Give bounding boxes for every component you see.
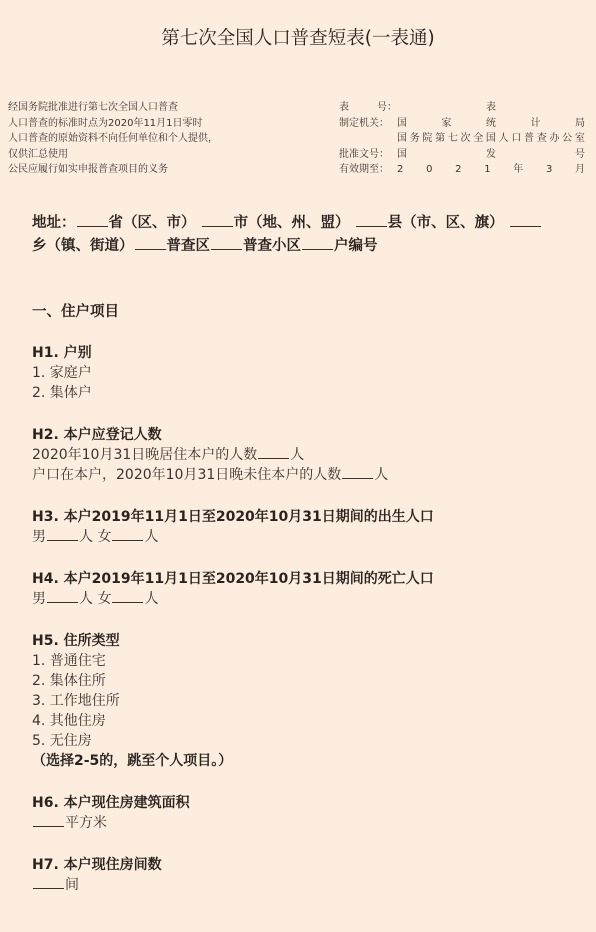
meta-issuer-line2: 国 务 院 第 七 次 全 国 人 口 普 查 办 公 室 xyxy=(339,131,585,147)
option-other-housing[interactable]: 4. 其他住房 xyxy=(32,711,582,731)
question-h3: H3. 本户2019年11月1日至2020年10月31日期间的出生人口 男人 女… xyxy=(32,507,582,547)
question-title: H7. 本户现住房间数 xyxy=(32,855,582,875)
question-h5: H5. 住所类型 1. 普通住宅 2. 集体住所 3. 工作地住所 4. 其他住… xyxy=(32,631,582,771)
room-count-blank[interactable] xyxy=(33,876,64,889)
address-line-1: 地址：省（区、市） 市（地、州、盟） 县（市、区、旗） xyxy=(32,212,582,235)
question-title: H6. 本户现住房建筑面积 xyxy=(32,793,582,813)
deaths-male-blank[interactable] xyxy=(47,590,78,603)
option-no-housing[interactable]: 5. 无住房 xyxy=(32,731,582,751)
meta-issuer: 制定机关： 国 家 统 计 局 xyxy=(339,116,585,132)
option-family-household[interactable]: 1. 家庭户 xyxy=(32,363,582,383)
question-h1: H1. 户别 1. 家庭户 2. 集体户 xyxy=(32,343,582,403)
census-district-blank[interactable] xyxy=(135,237,166,250)
births-female-blank[interactable] xyxy=(112,528,143,541)
deaths-female-blank[interactable] xyxy=(112,590,143,603)
province-blank[interactable] xyxy=(77,214,108,227)
residents-count-blank[interactable] xyxy=(258,446,289,459)
births-male-blank[interactable] xyxy=(47,528,78,541)
section-heading-household: 一、住户项目 xyxy=(32,300,582,321)
question-h2: H2. 本户应登记人数 2020年10月31日晚居住本户的人数人 户口在本户，2… xyxy=(32,425,582,485)
meta-form-number: 表 号： 表 xyxy=(339,100,585,116)
note-line: 人口普查的原始资料不向任何单位和个人提供， xyxy=(8,131,218,147)
address-label: 地址： xyxy=(32,215,76,231)
city-blank[interactable] xyxy=(202,214,233,227)
address-block: 地址：省（区、市） 市（地、州、盟） 县（市、区、旗） 乡（镇、街道）普查区普查… xyxy=(32,212,582,258)
form-content: 地址：省（区、市） 市（地、州、盟） 县（市、区、旗） 乡（镇、街道）普查区普查… xyxy=(32,212,582,895)
question-title: H2. 本户应登记人数 xyxy=(32,425,582,445)
household-number-blank[interactable] xyxy=(302,237,333,250)
form-metadata: 表 号： 表 制定机关： 国 家 统 计 局 国 务 院 第 七 次 全 国 人 xyxy=(339,100,585,178)
question-title: H4. 本户2019年11月1日至2020年10月31日期间的死亡人口 xyxy=(32,569,582,589)
option-collective-residence[interactable]: 2. 集体住所 xyxy=(32,671,582,691)
page-title: 第七次全国人口普查短表(一表通) xyxy=(0,24,596,50)
question-title: H3. 本户2019年11月1日至2020年10月31日期间的出生人口 xyxy=(32,507,582,527)
meta-approval-number: 批准文号： 国 发 号 xyxy=(339,147,585,163)
township-blank[interactable] xyxy=(510,214,541,227)
meta-valid-until: 有效期至： 2 0 2 1 年 3 月 xyxy=(339,162,585,178)
option-ordinary-residence[interactable]: 1. 普通住宅 xyxy=(32,651,582,671)
address-line-2: 乡（镇、街道）普查区普查小区户编号 xyxy=(32,235,582,258)
question-h4: H4. 本户2019年11月1日至2020年10月31日期间的死亡人口 男人 女… xyxy=(32,569,582,609)
option-collective-household[interactable]: 2. 集体户 xyxy=(32,383,582,403)
skip-instruction: （选择2-5的，跳至个人项目。） xyxy=(32,751,582,771)
question-title: H5. 住所类型 xyxy=(32,631,582,651)
county-blank[interactable] xyxy=(356,214,387,227)
note-line: 人口普查的标准时点为2020年11月1日零时 xyxy=(8,116,218,132)
question-h7: H7. 本户现住房间数 间 xyxy=(32,855,582,895)
census-notes: 经国务院批准进行第七次全国人口普查 人口普查的标准时点为2020年11月1日零时… xyxy=(8,100,218,178)
note-line: 公民应履行如实申报普查项目的义务 xyxy=(8,162,218,178)
census-subdistrict-blank[interactable] xyxy=(211,237,242,250)
absent-count-blank[interactable] xyxy=(342,466,373,479)
question-h6: H6. 本户现住房建筑面积 平方米 xyxy=(32,793,582,833)
note-line: 仅供汇总使用 xyxy=(8,147,218,163)
option-workplace-residence[interactable]: 3. 工作地住所 xyxy=(32,691,582,711)
floor-area-blank[interactable] xyxy=(33,814,64,827)
note-line: 经国务院批准进行第七次全国人口普查 xyxy=(8,100,218,116)
question-title: H1. 户别 xyxy=(32,343,582,363)
